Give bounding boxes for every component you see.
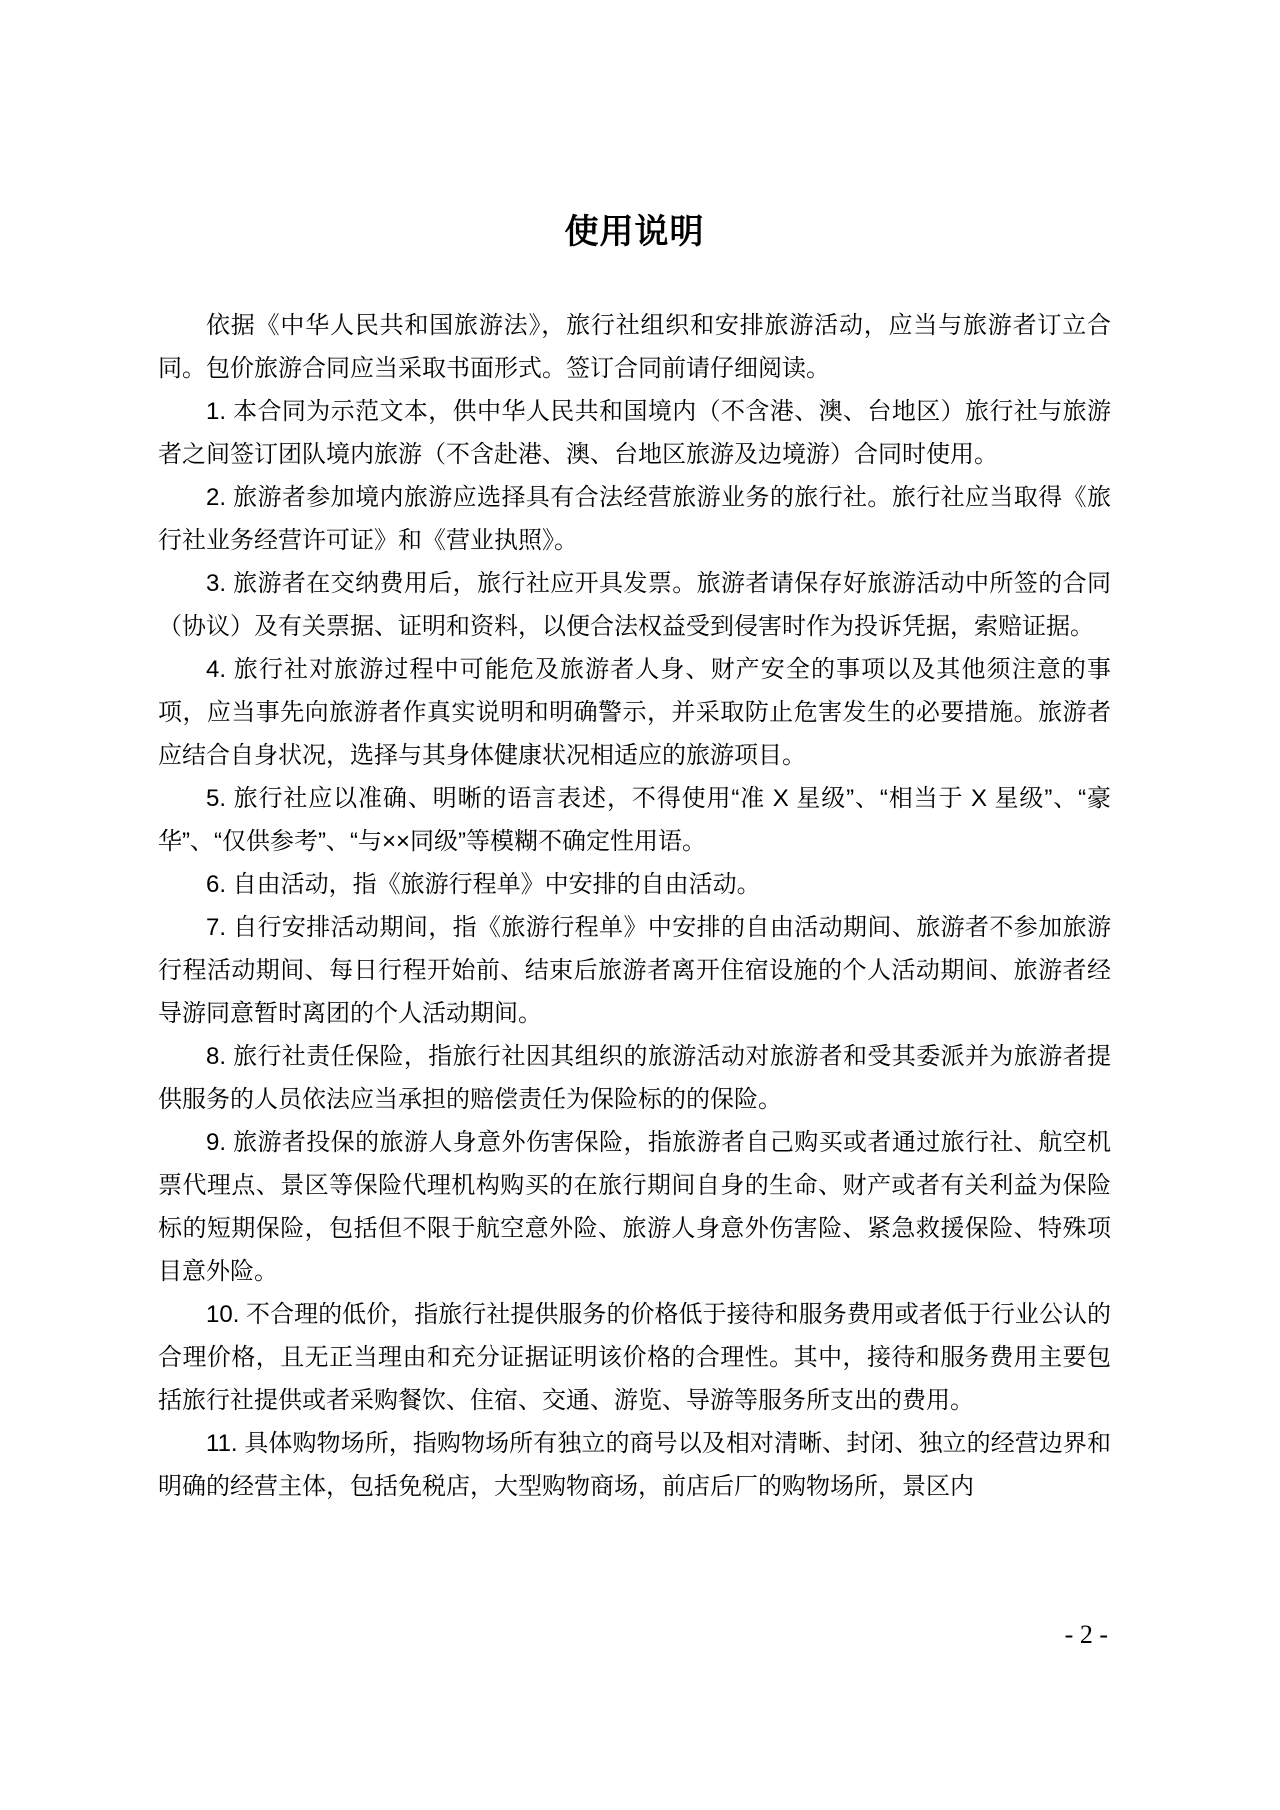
paragraph: 6. 自由活动，指《旅游行程单》中安排的自由活动。 [158,863,1111,906]
paragraph: 1. 本合同为示范文本，供中华人民共和国境内（不含港、澳、台地区）旅行社与旅游者… [158,390,1111,476]
paragraph: 5. 旅行社应以准确、明晰的语言表述，不得使用“准 X 星级”、“相当于 X 星… [158,777,1111,863]
document-body: 依据《中华人民共和国旅游法》，旅行社组织和安排旅游活动，应当与旅游者订立合同。包… [158,304,1111,1508]
paragraph: 9. 旅游者投保的旅游人身意外伤害保险，指旅游者自己购买或者通过旅行社、航空机票… [158,1121,1111,1293]
page-title: 使用说明 [158,210,1111,254]
paragraph: 3. 旅游者在交纳费用后，旅行社应开具发票。旅游者请保存好旅游活动中所签的合同（… [158,562,1111,648]
paragraph: 8. 旅行社责任保险，指旅行社因其组织的旅游活动对旅游者和受其委派并为旅游者提供… [158,1035,1111,1121]
paragraph: 7. 自行安排活动期间，指《旅游行程单》中安排的自由活动期间、旅游者不参加旅游行… [158,906,1111,1035]
paragraph: 11. 具体购物场所，指购物场所有独立的商号以及相对清晰、封闭、独立的经营边界和… [158,1422,1111,1508]
paragraph: 4. 旅行社对旅游过程中可能危及旅游者人身、财产安全的事项以及其他须注意的事项，… [158,648,1111,777]
document-page: 使用说明 依据《中华人民共和国旅游法》，旅行社组织和安排旅游活动，应当与旅游者订… [0,0,1280,1810]
page-number: - 2 - [1065,1620,1108,1650]
paragraph: 依据《中华人民共和国旅游法》，旅行社组织和安排旅游活动，应当与旅游者订立合同。包… [158,304,1111,390]
paragraph: 2. 旅游者参加境内旅游应选择具有合法经营旅游业务的旅行社。旅行社应当取得《旅行… [158,476,1111,562]
paragraph: 10. 不合理的低价，指旅行社提供服务的价格低于接待和服务费用或者低于行业公认的… [158,1293,1111,1422]
